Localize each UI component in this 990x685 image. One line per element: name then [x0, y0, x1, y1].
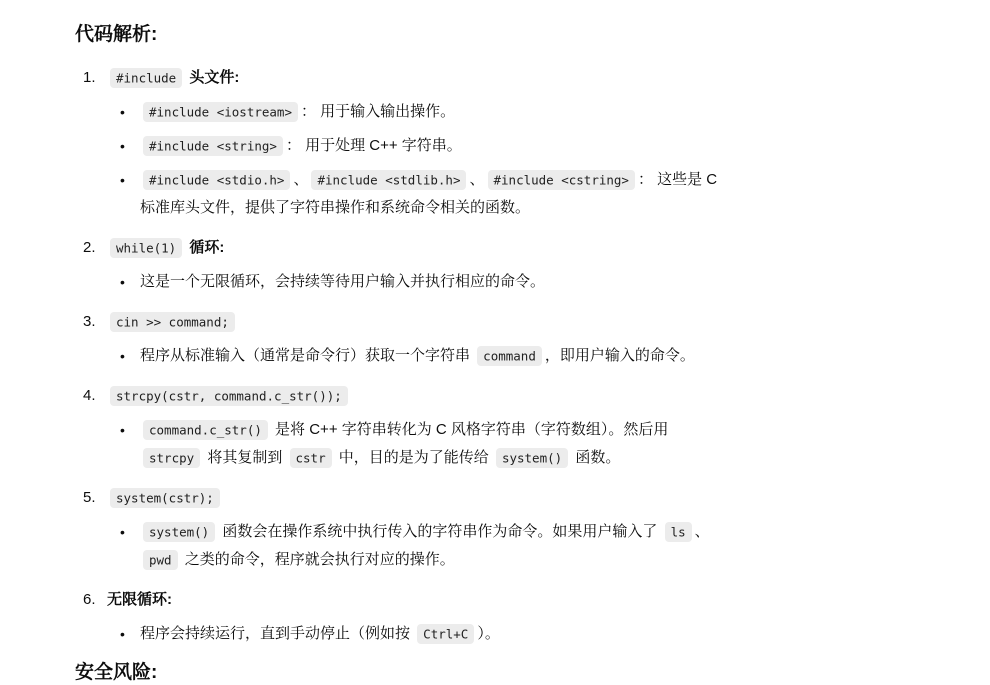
inline-code: system() — [496, 448, 568, 469]
list-item-number: 6. — [83, 586, 107, 614]
inline-code: system(cstr); — [110, 488, 220, 509]
list-item: 4.strcpy(cstr, command.c_str());•command… — [83, 382, 730, 472]
sub-bullet-item: •command.c_str() 是将 C++ 字符串转化为 C 风格字符串（字… — [120, 416, 730, 472]
list-item-title-content: cin >> command; — [107, 308, 238, 336]
bullet-content: system() 函数会在操作系统中执行传入的字符串作为命令。如果用户输入了 l… — [140, 518, 730, 574]
bullet-content: 程序会持续运行，直到手动停止（例如按 Ctrl+C）。 — [140, 620, 730, 648]
text-run: 、 — [469, 171, 484, 188]
text-run: 这是一个无限循环，会持续等待用户输入并执行相应的命令。 — [140, 273, 545, 290]
inline-code: #include <string> — [143, 136, 283, 157]
list-item-number: 1. — [83, 64, 107, 92]
bullet-marker: • — [120, 416, 140, 444]
bullet-content: command.c_str() 是将 C++ 字符串转化为 C 风格字符串（字符… — [140, 416, 730, 472]
list-item-number: 3. — [83, 308, 107, 336]
inline-code: pwd — [143, 550, 178, 571]
sub-bullet-list: •程序从标准输入（通常是命令行）获取一个字符串 command，即用户输入的命令… — [120, 342, 730, 370]
sub-bullet-list: •这是一个无限循环，会持续等待用户输入并执行相应的命令。 — [120, 268, 730, 296]
inline-code: cin >> command; — [110, 312, 235, 333]
bold-text: 无限循环: — [107, 591, 172, 608]
inline-code: command.c_str() — [143, 420, 268, 441]
document-content: 代码解析: 1.#include 头文件:•#include <iostream… — [0, 0, 730, 684]
text-run: ： 用于处理 C++ 字符串。 — [286, 137, 462, 154]
text-run: 是将 C++ 字符串转化为 C 风格字符串（字符数组）。然后用 — [271, 421, 669, 438]
text-run: 程序会持续运行，直到手动停止（例如按 — [140, 625, 414, 642]
inline-code: #include <cstring> — [488, 170, 635, 191]
list-item: 5.system(cstr);•system() 函数会在操作系统中执行传入的字… — [83, 484, 730, 574]
list-item: 6.无限循环:•程序会持续运行，直到手动停止（例如按 Ctrl+C）。 — [83, 586, 730, 648]
text-run: 函数。 — [571, 449, 620, 466]
text-run: 、 — [695, 523, 710, 540]
list-item-title: 5.system(cstr); — [83, 484, 730, 512]
list-item: 1.#include 头文件:•#include <iostream>： 用于输… — [83, 64, 730, 222]
bullet-marker: • — [120, 518, 140, 546]
bullet-marker: • — [120, 132, 140, 160]
inline-code: strcpy — [143, 448, 200, 469]
text-run: ）。 — [477, 625, 500, 642]
bullet-marker: • — [120, 342, 140, 370]
text-run: 程序从标准输入（通常是命令行）获取一个字符串 — [140, 347, 474, 364]
list-item: 3.cin >> command;•程序从标准输入（通常是命令行）获取一个字符串… — [83, 308, 730, 370]
bullet-marker: • — [120, 98, 140, 126]
code-analysis-list: 1.#include 头文件:•#include <iostream>： 用于输… — [75, 64, 730, 648]
text-run: 之类的命令，程序就会执行对应的操作。 — [181, 551, 455, 568]
sub-bullet-item: •这是一个无限循环，会持续等待用户输入并执行相应的命令。 — [120, 268, 730, 296]
list-item-title-content: 无限循环: — [107, 586, 172, 614]
inline-code: Ctrl+C — [417, 624, 474, 645]
sub-bullet-list: •#include <iostream>： 用于输入输出操作。•#include… — [120, 98, 730, 222]
sub-bullet-item: •#include <stdio.h>、#include <stdlib.h>、… — [120, 166, 730, 222]
bullet-marker: • — [120, 268, 140, 296]
sub-bullet-item: •system() 函数会在操作系统中执行传入的字符串作为命令。如果用户输入了 … — [120, 518, 730, 574]
page-title: 代码解析: — [75, 24, 730, 46]
bullet-content: #include <iostream>： 用于输入输出操作。 — [140, 98, 730, 126]
text-run: 将其复制到 — [203, 449, 286, 466]
bullet-marker: • — [120, 620, 140, 648]
text-run: ： 用于输入输出操作。 — [301, 103, 455, 120]
list-item-title-content: #include 头文件: — [107, 64, 239, 92]
sub-bullet-item: •程序从标准输入（通常是命令行）获取一个字符串 command，即用户输入的命令… — [120, 342, 730, 370]
list-item-title-content: system(cstr); — [107, 484, 223, 512]
list-item-title: 6.无限循环: — [83, 586, 730, 614]
list-item-title-content: strcpy(cstr, command.c_str()); — [107, 382, 351, 410]
text-run: 函数会在操作系统中执行传入的字符串作为命令。如果用户输入了 — [218, 523, 661, 540]
bold-text: 头文件: — [185, 69, 239, 86]
inline-code: #include <stdio.h> — [143, 170, 290, 191]
list-item-title: 1.#include 头文件: — [83, 64, 730, 92]
list-item-number: 4. — [83, 382, 107, 410]
bullet-content: #include <stdio.h>、#include <stdlib.h>、#… — [140, 166, 730, 222]
list-item-number: 5. — [83, 484, 107, 512]
bullet-content: #include <string>： 用于处理 C++ 字符串。 — [140, 132, 730, 160]
list-item-number: 2. — [83, 234, 107, 262]
text-run: ，即用户输入的命令。 — [545, 347, 695, 364]
inline-code: #include <iostream> — [143, 102, 298, 123]
bullet-content: 程序从标准输入（通常是命令行）获取一个字符串 command，即用户输入的命令。 — [140, 342, 730, 370]
sub-bullet-list: •system() 函数会在操作系统中执行传入的字符串作为命令。如果用户输入了 … — [120, 518, 730, 574]
inline-code: command — [477, 346, 542, 367]
list-item: 2.while(1) 循环:•这是一个无限循环，会持续等待用户输入并执行相应的命… — [83, 234, 730, 296]
bullet-content: 这是一个无限循环，会持续等待用户输入并执行相应的命令。 — [140, 268, 730, 296]
list-item-title-content: while(1) 循环: — [107, 234, 224, 262]
bold-text: 循环: — [185, 239, 224, 256]
sub-bullet-list: •command.c_str() 是将 C++ 字符串转化为 C 风格字符串（字… — [120, 416, 730, 472]
text-run: 、 — [293, 171, 308, 188]
bullet-marker: • — [120, 166, 140, 194]
sub-bullet-item: •#include <iostream>： 用于输入输出操作。 — [120, 98, 730, 126]
inline-code: cstr — [290, 448, 332, 469]
inline-code: #include — [110, 68, 182, 89]
sub-bullet-list: •程序会持续运行，直到手动停止（例如按 Ctrl+C）。 — [120, 620, 730, 648]
inline-code: system() — [143, 522, 215, 543]
list-item-title: 2.while(1) 循环: — [83, 234, 730, 262]
section-heading-security-risk: 安全风险: — [75, 662, 730, 684]
sub-bullet-item: •程序会持续运行，直到手动停止（例如按 Ctrl+C）。 — [120, 620, 730, 648]
text-run: 中，目的是为了能传给 — [335, 449, 493, 466]
list-item-title: 3.cin >> command; — [83, 308, 730, 336]
inline-code: ls — [665, 522, 692, 543]
inline-code: #include <stdlib.h> — [311, 170, 466, 191]
sub-bullet-item: •#include <string>： 用于处理 C++ 字符串。 — [120, 132, 730, 160]
inline-code: while(1) — [110, 238, 182, 259]
inline-code: strcpy(cstr, command.c_str()); — [110, 386, 348, 407]
list-item-title: 4.strcpy(cstr, command.c_str()); — [83, 382, 730, 410]
